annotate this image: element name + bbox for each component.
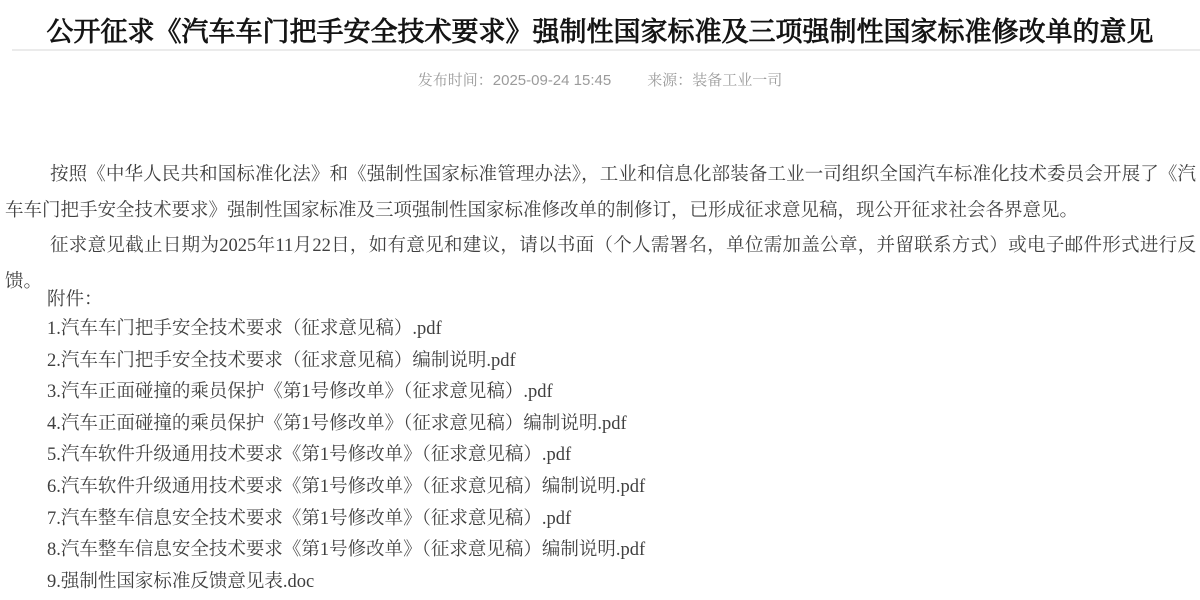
attachment-link[interactable]: 8.汽车整车信息安全技术要求《第1号修改单》（征求意见稿）编制说明.pdf bbox=[47, 535, 1196, 567]
source-label: 来源： bbox=[647, 72, 692, 89]
article-body: 按照《中华人民共和国标准化法》和《强制性国家标准管理办法》，工业和信息化部装备工… bbox=[5, 158, 1196, 300]
publish-time: 发布时间：2025-09-24 15:45 bbox=[418, 70, 611, 92]
title-divider bbox=[12, 49, 1200, 51]
article-meta: 发布时间：2025-09-24 15:45 来源：装备工业一司 bbox=[0, 70, 1200, 92]
page-title: 公开征求《汽车车门把手安全技术要求》强制性国家标准及三项强制性国家标准修改单的意… bbox=[0, 12, 1200, 52]
source: 来源：装备工业一司 bbox=[647, 70, 782, 92]
attachments-label: 附件： bbox=[5, 286, 1196, 314]
attachment-link[interactable]: 7.汽车整车信息安全技术要求《第1号修改单》（征求意见稿）.pdf bbox=[47, 504, 1196, 536]
attachment-link[interactable]: 4.汽车正面碰撞的乘员保护《第1号修改单》（征求意见稿）编制说明.pdf bbox=[47, 409, 1196, 441]
publish-time-value: 2025-09-24 15:45 bbox=[493, 72, 611, 89]
attachments-list: 1.汽车车门把手安全技术要求（征求意见稿）.pdf2.汽车车门把手安全技术要求（… bbox=[5, 314, 1196, 598]
article-paragraph: 按照《中华人民共和国标准化法》和《强制性国家标准管理办法》，工业和信息化部装备工… bbox=[5, 158, 1196, 229]
attachment-link[interactable]: 1.汽车车门把手安全技术要求（征求意见稿）.pdf bbox=[47, 314, 1196, 346]
attachment-link[interactable]: 6.汽车软件升级通用技术要求《第1号修改单》（征求意见稿）编制说明.pdf bbox=[47, 472, 1196, 504]
source-value: 装备工业一司 bbox=[692, 72, 782, 89]
publish-time-label: 发布时间： bbox=[418, 72, 493, 89]
attachments-section: 附件： 1.汽车车门把手安全技术要求（征求意见稿）.pdf2.汽车车门把手安全技… bbox=[5, 286, 1196, 598]
attachment-link[interactable]: 3.汽车正面碰撞的乘员保护《第1号修改单》（征求意见稿）.pdf bbox=[47, 377, 1196, 409]
notice-article-page: { "title": "公开征求《汽车车门把手安全技术要求》强制性国家标准及三项… bbox=[0, 0, 1200, 600]
attachment-link[interactable]: 5.汽车软件升级通用技术要求《第1号修改单》（征求意见稿）.pdf bbox=[47, 440, 1196, 472]
attachment-link[interactable]: 9.强制性国家标准反馈意见表.doc bbox=[47, 567, 1196, 599]
attachment-link[interactable]: 2.汽车车门把手安全技术要求（征求意见稿）编制说明.pdf bbox=[47, 346, 1196, 378]
